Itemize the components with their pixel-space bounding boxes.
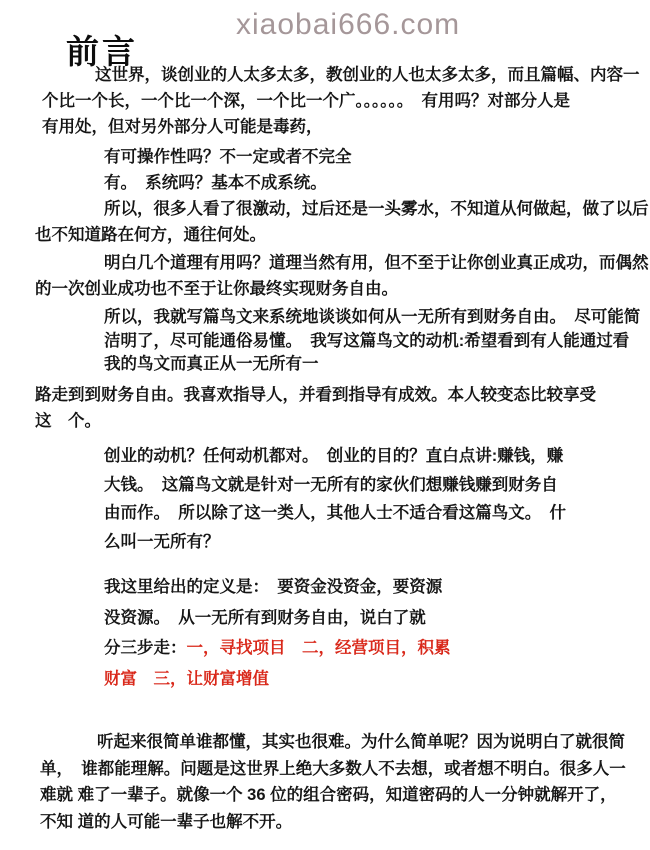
- text-segment: 分三步走：: [104, 639, 187, 657]
- text-line: 听起来很简单谁都懂，其实也很难。为什么简单呢？因为说明白了就很简: [40, 729, 626, 756]
- text-line: 单， 谁都能理解。问题是这世界上绝大多数人不去想，或者想不明白。很多人一: [40, 756, 626, 783]
- text-line: 难就 难了一辈子。就像一个 36 位的组合密码，知道密码的人一分钟就解开了，: [40, 782, 626, 809]
- text-line: 这 个。: [35, 408, 596, 434]
- text-line: 所以，很多人看了很激动，过后还是一头雾水，不知道从何做起，做了以后: [35, 196, 649, 222]
- text-line: 不知 道的人可能一辈子也解不开。: [40, 809, 626, 836]
- paragraph-4: 明白几个道理有用吗？道理当然有用，但不至于让你创业真正成功，而偶然 的一次创业成…: [35, 250, 649, 302]
- paragraph-3: 所以，很多人看了很激动，过后还是一头雾水，不知道从何做起，做了以后 也不知道路在…: [35, 196, 649, 248]
- highlighted-steps-text: 财富 三，让财富增值: [104, 664, 451, 695]
- paragraph-2: 有可操作性吗？不一定或者不完全 有。 系统吗？基本不成系统。: [104, 144, 352, 196]
- text-line: 创业的动机？任何动机都对。 创业的目的？直白点讲:赚钱，赚: [104, 442, 566, 471]
- text-line: 洁明了，尽可能通俗易懂。 我写这篇鸟文的动机:希望看到有人能通过看: [104, 330, 640, 354]
- text-line: 有可操作性吗？不一定或者不完全: [104, 144, 352, 170]
- text-line: 我的鸟文而真正从一无所有一: [104, 353, 640, 377]
- text-line: 也不知道路在何方，通往何处。: [35, 222, 649, 248]
- document-page: 前言 xiaobai666.com 这世界，谈创业的人太多太多，教创业的人也太多…: [0, 0, 650, 850]
- paragraph-6: 创业的动机？任何动机都对。 创业的目的？直白点讲:赚钱，赚 大钱。 这篇鸟文就是…: [104, 442, 566, 556]
- paragraph-5-continuation: 路走到到财务自由。我喜欢指导人，并看到指导有成效。本人较变态比较享受 这 个。: [35, 382, 596, 434]
- paragraph-1: 这世界，谈创业的人太多太多，教创业的人也太多太多，而且篇幅、内容一 个比一个长，…: [42, 62, 640, 140]
- text-line: 有用处，但对另外部分人可能是毒药，: [42, 114, 640, 140]
- text-line: 的一次创业成功也不至于让你最终实现财务自由。: [35, 276, 649, 302]
- text-line: 明白几个道理有用吗？道理当然有用，但不至于让你创业真正成功，而偶然: [35, 250, 649, 276]
- text-line: 大钱。 这篇鸟文就是针对一无所有的家伙们想赚钱赚到财务自: [104, 471, 566, 500]
- text-line: 么叫一无所有？: [104, 528, 566, 557]
- text-line: 我这里给出的定义是： 要资金没资金，要资源: [104, 572, 451, 603]
- text-line: 路走到到财务自由。我喜欢指导人，并看到指导有成效。本人较变态比较享受: [35, 382, 596, 408]
- text-line: 所以，我就写篇鸟文来系统地谈谈如何从一无所有到财务自由。 尽可能简: [104, 306, 640, 330]
- paragraph-5-block: 所以，我就写篇鸟文来系统地谈谈如何从一无所有到财务自由。 尽可能简 洁明了，尽可…: [104, 306, 640, 377]
- paragraph-7: 我这里给出的定义是： 要资金没资金，要资源 没资源。 从一无所有到财务自由，说白…: [104, 572, 451, 694]
- text-line: 分三步走：一，寻找项目 二，经营项目，积累: [104, 633, 451, 664]
- text-line: 个比一个长，一个比一个深，一个比一个广。。。。。。 有用吗？对部分人是: [42, 88, 640, 114]
- text-line: 由而作。 所以除了这一类人，其他人士不适合看这篇鸟文。 什: [104, 499, 566, 528]
- highlighted-steps-text: 一，寻找项目 二，经营项目，积累: [187, 639, 451, 657]
- watermark-text: xiaobai666.com: [236, 8, 460, 42]
- paragraph-8: 听起来很简单谁都懂，其实也很难。为什么简单呢？因为说明白了就很简 单， 谁都能理…: [40, 729, 626, 835]
- text-line: 这世界，谈创业的人太多太多，教创业的人也太多太多，而且篇幅、内容一: [42, 62, 640, 88]
- text-line: 没资源。 从一无所有到财务自由，说白了就: [104, 603, 451, 634]
- text-line: 有。 系统吗？基本不成系统。: [104, 170, 352, 196]
